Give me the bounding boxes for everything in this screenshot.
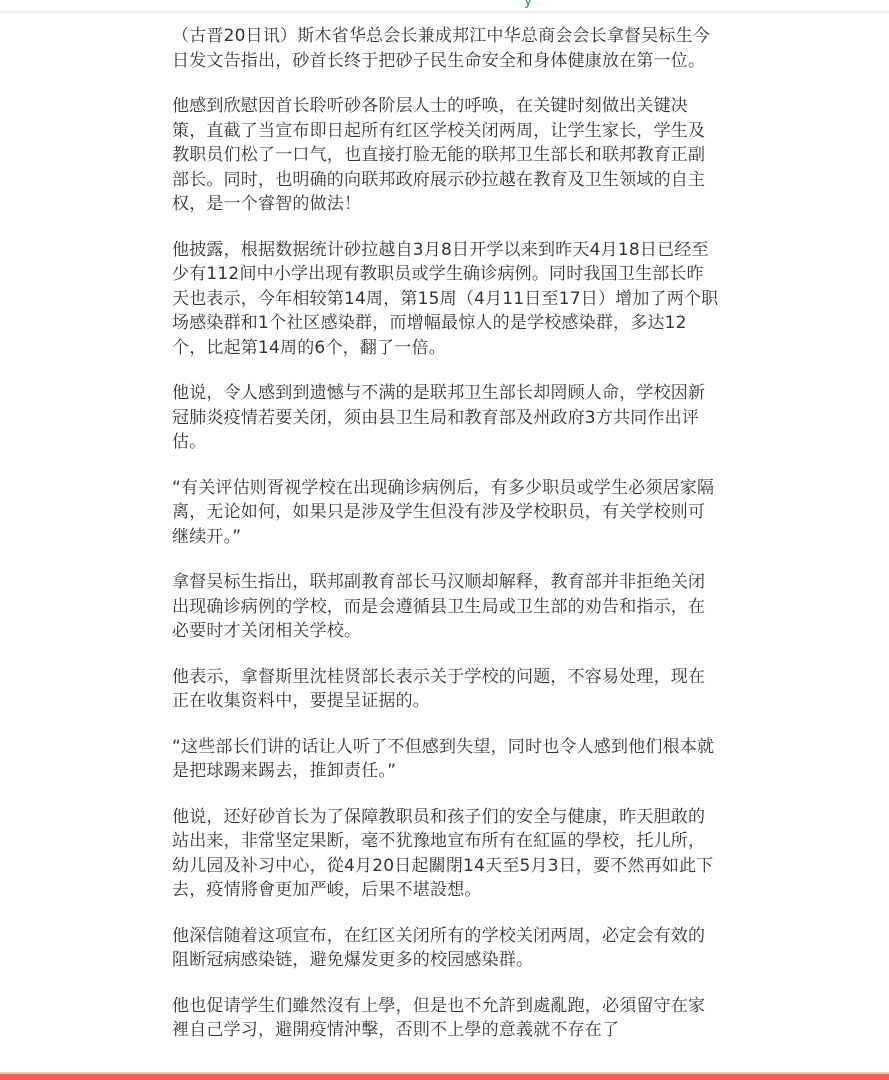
article-paragraph-4: 他说，令人感到到遗憾与不满的是联邦卫生部长却罔顾人命，学校因新冠肺炎疫情若要关闭… [172, 381, 720, 455]
article-paragraph-1: （古晋20日讯）斯木省华总会长兼成邦江中华总商会会长拿督吴标生今日发文告指出，砂… [172, 24, 720, 73]
article-paragraph-3: 他披露，根据数据统计砂拉越自3月8日开学以来到昨天4月18日已经至少有112间中… [172, 238, 720, 361]
article-paragraph-10: 他深信随着这项宣布，在红区关闭所有的学校关闭两周，必定会有效的阻断冠病感染链，避… [172, 924, 720, 973]
article-paragraph-9: 他说，还好砂首长为了保障教职员和孩子们的安全与健康，昨天胆敢的站出来，非常坚定果… [172, 805, 720, 903]
top-header-bar: y [0, 0, 889, 13]
article-paragraph-7: 他表示，拿督斯里沈桂贤部长表示关于学校的问题，不容易处理，现在正在收集资料中，要… [172, 665, 720, 714]
header-logo-fragment: y [524, 0, 532, 8]
article-paragraph-5: “有关评估则胥视学校在出现确诊病例后，有多少职员或学生必须居家隔离，无论如何，如… [172, 476, 720, 550]
article-paragraph-6: 拿督吴标生指出，联邦副教育部长马汉顺却解释，教育部并非拒绝关闭出现确诊病例的学校… [172, 570, 720, 644]
article-body: （古晋20日讯）斯木省华总会长兼成邦江中华总商会会长拿督吴标生今日发文告指出，砂… [172, 24, 720, 1064]
article-paragraph-11: 他也促请学生们雖然沒有上學，但是也不允許到處亂跑，必須留守在家裡自己学习，避開疫… [172, 994, 720, 1043]
article-paragraph-8: “这些部长们讲的话让人听了不但感到失望，同时也令人感到他们根本就是把球踢来踢去，… [172, 735, 720, 784]
article-paragraph-2: 他感到欣慰因首长聆听砂各阶层人士的呼唤，在关键时刻做出关键决策，直截了当宣布即日… [172, 94, 720, 217]
bottom-accent-bar [0, 1072, 889, 1080]
